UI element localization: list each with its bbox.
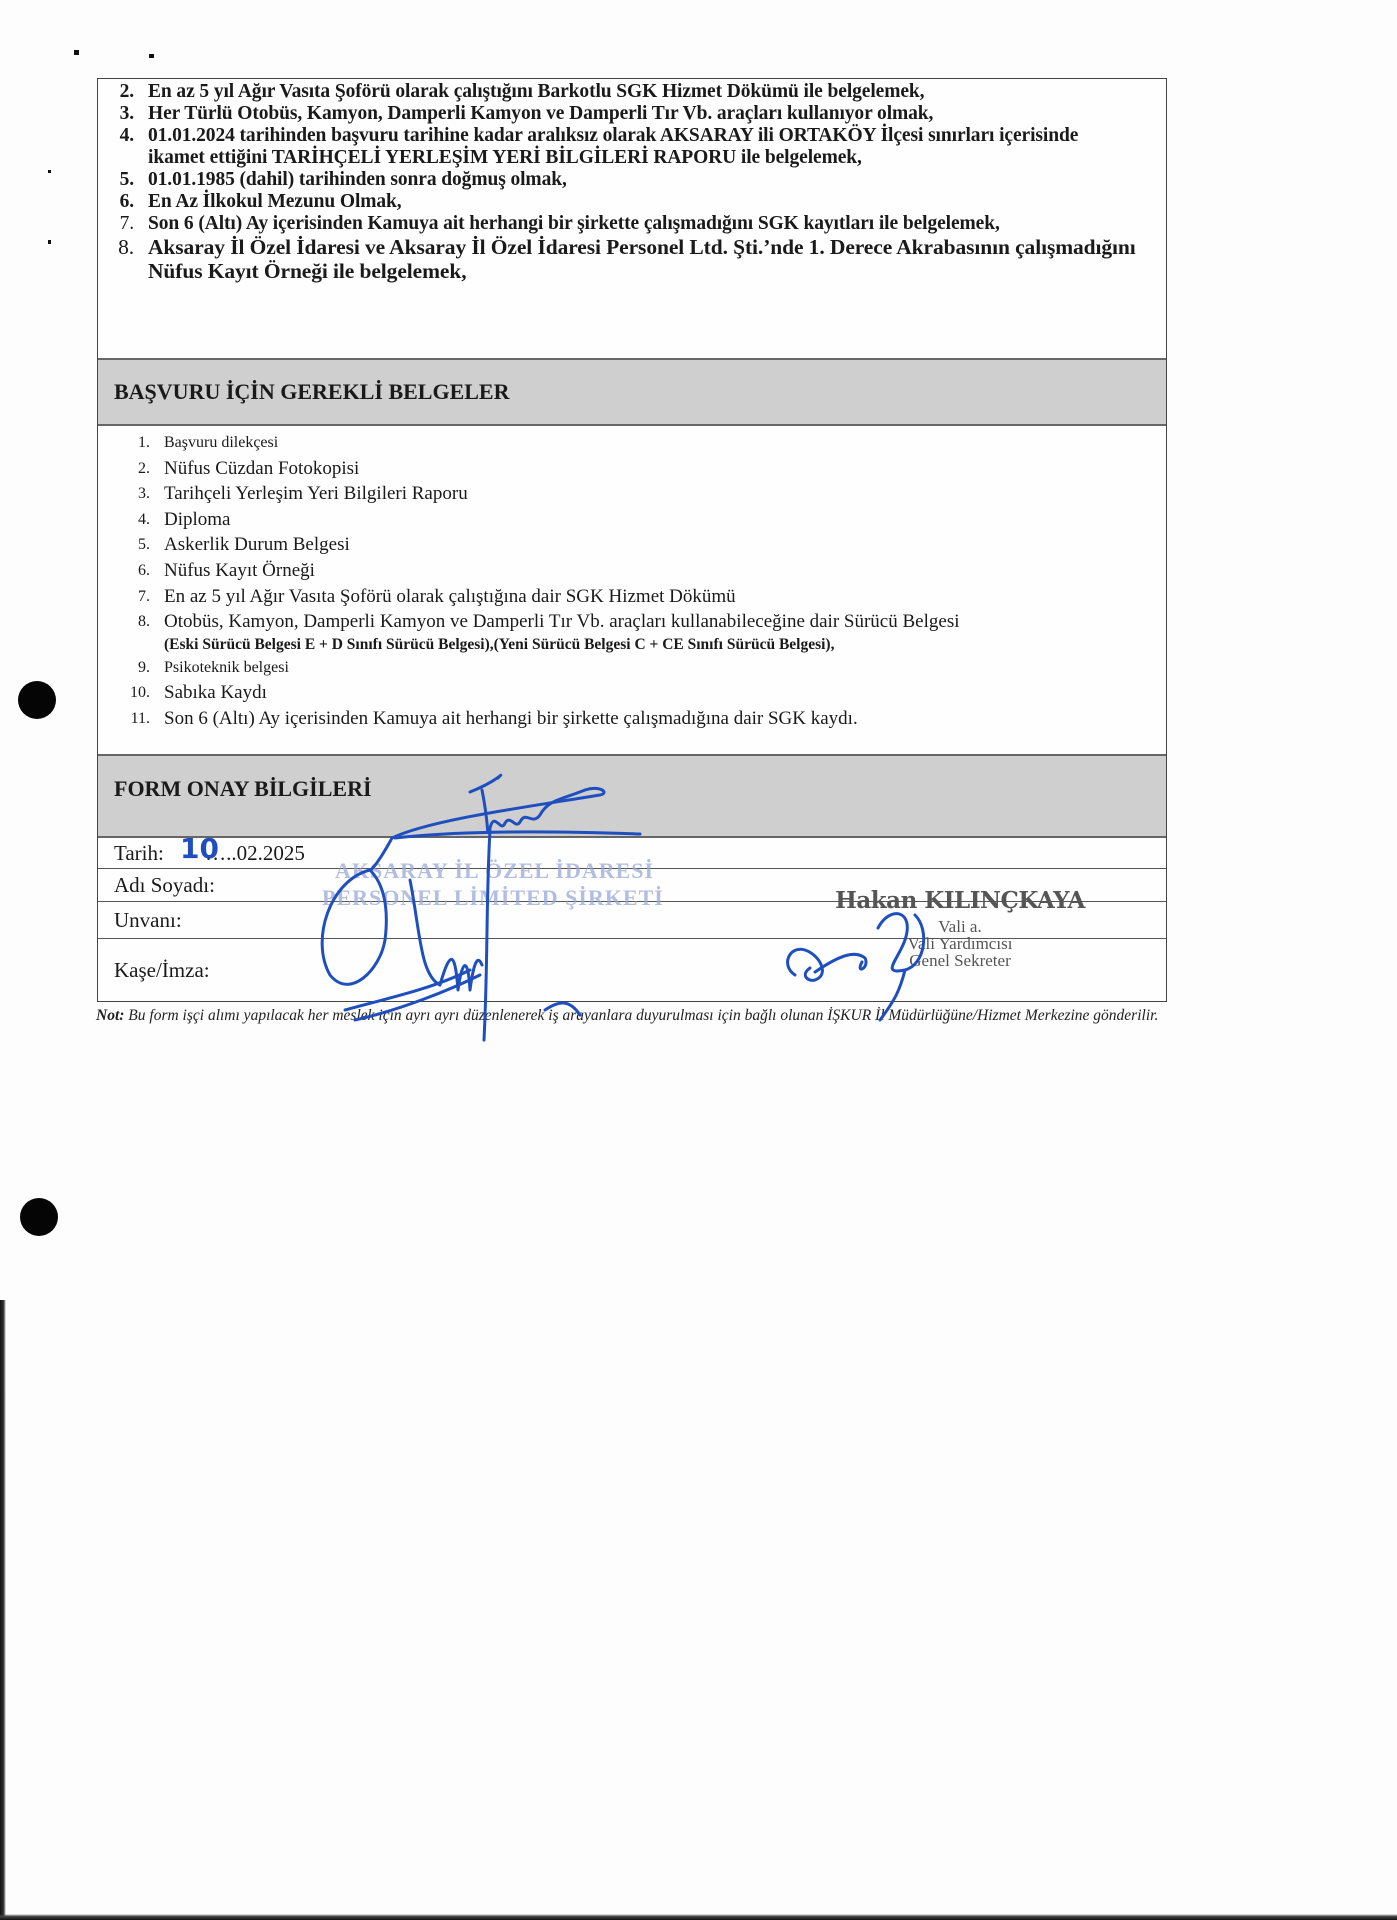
- company-stamp: PERSONEL LİMİTED ŞİRKETİ: [322, 885, 664, 911]
- list-item: 7.Son 6 (Altı) Ay içerisinden Kamuya ait…: [98, 213, 1166, 235]
- list-item: 6.Nüfus Kayıt Örneği: [98, 558, 1166, 584]
- list-item: 2.Nüfus Cüzdan Fotokopisi: [98, 456, 1166, 482]
- scan-edge: [0, 1914, 1397, 1920]
- note-label: Not:: [96, 1007, 124, 1024]
- scan-speck: [149, 54, 154, 58]
- list-item: 8.Otobüs, Kamyon, Damperli Kamyon ve Dam…: [98, 609, 1166, 655]
- list-item: 4.Diploma: [98, 507, 1166, 533]
- list-item: 4.01.01.2024 tarihinden başvuru tarihine…: [98, 125, 1166, 169]
- punch-hole-icon: [18, 681, 56, 719]
- scan-speck: [48, 170, 51, 173]
- list-item: 8.Aksaray İl Özel İdaresi ve Aksaray İl …: [98, 235, 1166, 283]
- title-label: Unvanı:: [114, 908, 182, 932]
- section-title: FORM ONAY BİLGİLERİ: [114, 776, 372, 801]
- official-title-1: Vali a.: [820, 918, 1100, 935]
- stamp-label: Kaşe/İmza:: [114, 958, 210, 982]
- list-item: 2.En az 5 yıl Ağır Vasıta Şoförü olarak …: [98, 81, 1166, 103]
- list-item: 3.Tarihçeli Yerleşim Yeri Bilgileri Rapo…: [98, 481, 1166, 507]
- handwritten-date: 10: [180, 832, 219, 865]
- requirements-list: 2.En az 5 yıl Ağır Vasıta Şoförü olarak …: [98, 79, 1166, 358]
- section-title: BAŞVURU İÇİN GEREKLİ BELGELER: [114, 379, 509, 404]
- list-item: 5.Askerlik Durum Belgesi: [98, 532, 1166, 558]
- list-item: 9.Psikoteknik belgesi: [98, 655, 1166, 681]
- list-item: 6.En Az İlkokul Mezunu Olmak,: [98, 191, 1166, 213]
- list-item: 10.Sabıka Kaydı: [98, 680, 1166, 706]
- documents-list: 1.Başvuru dilekçesi 2.Nüfus Cüzdan Fotok…: [98, 426, 1166, 730]
- scan-speck: [48, 240, 51, 244]
- punch-hole-icon: [20, 1198, 58, 1236]
- list-item: 3.Her Türlü Otobüs, Kamyon, Damperli Kam…: [98, 103, 1166, 125]
- official-name: Hakan KILINÇKAYA: [820, 887, 1100, 914]
- date-value: …..02.2025: [205, 841, 305, 865]
- official-title-3: Genel Sekreter: [820, 952, 1100, 969]
- date-label: Tarih:: [114, 841, 164, 865]
- section-header-approval: FORM ONAY BİLGİLERİ: [98, 754, 1166, 838]
- official-title-2: Vali Yardımcısı: [820, 935, 1100, 952]
- list-item: 11.Son 6 (Altı) Ay içerisinden Kamuya ai…: [98, 706, 1166, 732]
- scan-speck: [74, 50, 79, 55]
- section-header-documents: BAŞVURU İÇİN GEREKLİ BELGELER: [98, 358, 1166, 426]
- list-item: 5.01.01.1985 (dahil) tarihinden sonra do…: [98, 169, 1166, 191]
- scan-edge: [0, 1300, 6, 1920]
- official-signature-block: Hakan KILINÇKAYA Vali a. Vali Yardımcısı…: [820, 887, 1100, 969]
- company-stamp: AKSARAY İL ÖZEL İDARESİ: [335, 858, 654, 884]
- note-text: Bu form işçi alımı yapılacak her meslek …: [124, 1007, 1158, 1024]
- list-item: 1.Başvuru dilekçesi: [98, 430, 1166, 456]
- list-item: 7.En az 5 yıl Ağır Vasıta Şoförü olarak …: [98, 584, 1166, 610]
- name-label: Adı Soyadı:: [114, 873, 215, 897]
- footnote: Not: Bu form işçi alımı yapılacak her me…: [96, 1005, 1186, 1027]
